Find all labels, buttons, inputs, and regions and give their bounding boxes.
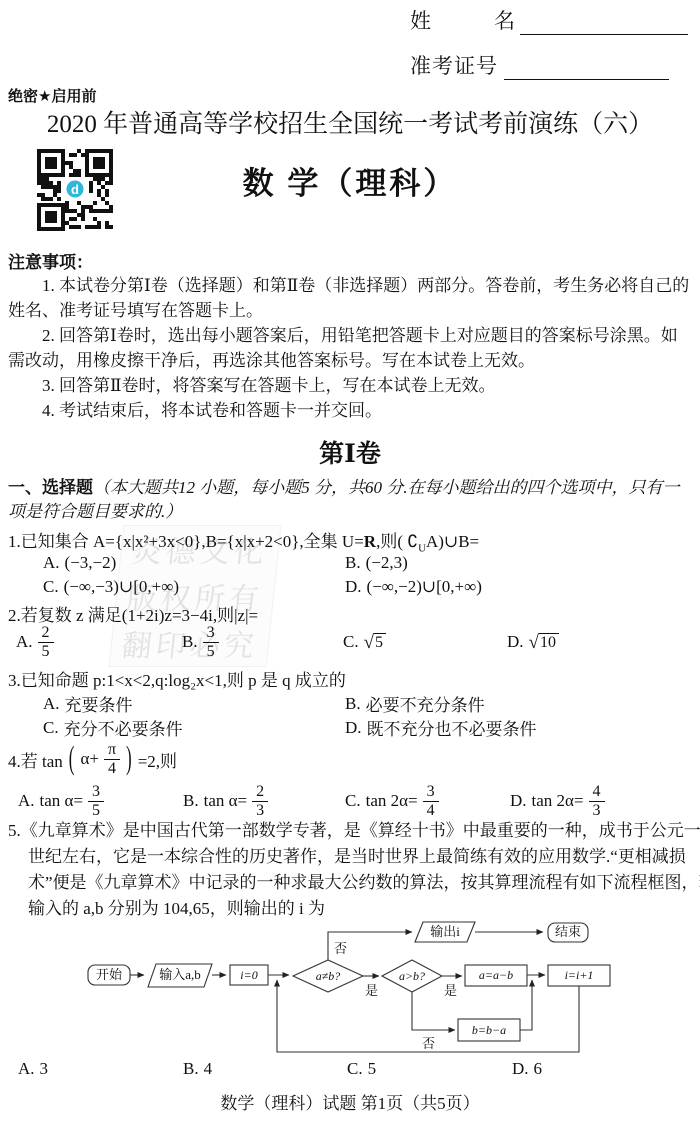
radical-sign: √ [364,633,374,652]
option-label: D. [345,718,362,738]
option-label: A. [18,1059,35,1079]
secrecy-label: 绝密★启用前 [8,85,96,106]
notice-item-2: 2. 回答第Ⅰ卷时，选出每小题答案后，用铅笔把答题卡上对应题目的答案标号涂黑。如… [8,323,694,373]
ticket-label: 准考证号 [410,50,498,80]
fraction-numerator: 3 [423,783,439,802]
ticket-field-row: 准考证号 [410,50,669,80]
question-5-stem: 5.《九章算术》是中国古代第一部数学专著，是《算经十书》中最重要的一种，成书于公… [8,818,700,922]
option-label: B. [183,791,199,811]
name-blank-line [520,10,688,35]
option-label: C. [43,718,59,738]
option-text: (−3,−2) [65,553,117,573]
notice-item-4: 4. 考试结束后，将本试卷和答题卡一并交回。 [8,398,694,423]
option-text: 充要条件 [65,691,133,716]
q2-option-d: D. √10 [507,621,559,663]
fraction-denominator: 3 [252,802,268,820]
fraction-denominator: 5 [88,802,104,820]
section-instruction-text: （本大题共12 小题，每小题5 分，共60 分.在每小题给出的四个选项中，只有一… [8,478,680,521]
q4-stem-pre: 4.若 tan [8,747,63,772]
option-label: D. [510,791,527,811]
fraction: 23 [252,783,268,819]
big-paren-close: ) [125,740,133,778]
option-text: (−∞,−2)∪[0,+∞) [367,577,482,597]
option-text: 6 [534,1059,543,1079]
fraction-numerator: 2 [38,624,54,643]
q5-option-d: D.6 [512,1059,542,1079]
option-text: 3 [40,1059,49,1079]
option-label: D. [512,1059,529,1079]
question-1-stem: 1.已知集合 A={x|x²+3x<0},B={x|x+2<0},全集 U=R,… [8,527,479,554]
name-label-last: 名 [494,5,516,35]
name-field-row: 姓 名 [410,5,688,35]
option-text: tan 2α= [532,791,584,811]
option-label: A. [16,632,33,652]
option-text: 5 [368,1059,377,1079]
flowchart-start-label: 开始 [96,967,123,982]
q4-option-c: C.tan 2α= 34 [345,780,439,822]
option-label: A. [43,694,60,714]
option-label: A. [43,553,60,573]
option-text: (−2,3) [366,553,408,573]
square-root: √10 [529,633,559,652]
fraction-numerator: 2 [252,783,268,802]
option-label: B. [345,553,361,573]
flowchart-init-label: i=0 [240,968,257,982]
page-footer: 数学（理科）试题 第1页（共5页） [0,1089,700,1114]
q2-option-c: C. √5 [343,621,386,663]
option-label: C. [347,1059,363,1079]
q1-option-a: A.(−3,−2) [43,553,116,573]
fraction-numerator: 3 [88,783,104,802]
q3-option-d: D.既不充分也不必要条件 [345,715,537,740]
option-label: B. [182,632,198,652]
option-label: C. [43,577,59,597]
option-label: D. [345,577,362,597]
exam-title: 2020 年普通高等学校招生全国统一考试考前演练（六） [0,104,700,140]
option-text: (−∞,−3)∪[0,+∞) [64,577,179,597]
square-root: √5 [364,633,386,652]
radical-sign: √ [529,633,539,652]
notice-list: 1. 本试卷分第Ⅰ卷（选择题）和第Ⅱ卷（非选择题）两部分。答卷前，考生务必将自己… [8,273,694,423]
option-text: tan α= [204,791,248,811]
fraction: 34 [423,783,439,819]
q1-stem-post: A)∪B= [426,532,479,551]
fraction-denominator: 4 [423,802,439,820]
q2-option-a: A. 25 [16,621,54,663]
option-label: B. [345,694,361,714]
flowchart-assign-a-label: a=a−b [479,968,513,982]
q5-flowchart: 开始 输入a,b i=0 a≠b? a>b? a=a−b i=i+1 输出i 结… [78,917,618,1062]
fraction-denominator: 5 [203,643,219,661]
option-label: B. [183,1059,199,1079]
q3-option-c: C.充分不必要条件 [43,715,183,740]
fraction-denominator: 4 [104,760,120,778]
q4-option-b: B.tan α= 23 [183,780,268,822]
fraction-numerator: 3 [203,624,219,643]
flowchart-no1-label: 否 [334,941,347,956]
flowchart-input-label: 输入a,b [159,967,201,982]
notice-item-1: 1. 本试卷分第Ⅰ卷（选择题）和第Ⅱ卷（非选择题）两部分。答卷前，考生务必将自己… [8,273,694,323]
exam-page: 炎德文化 版权所有 翻印必究 姓 名 准考证号 绝密★启用前 2020 年普通高… [0,0,700,1134]
big-paren-open: ( [68,740,76,778]
flowchart-yes1-label: 是 [365,983,378,998]
q3-option-b: B.必要不充分条件 [345,691,485,716]
fraction: 35 [88,783,104,819]
fraction: 43 [589,783,605,819]
question-3-stem: 3.已知命题 p:1<x<2,q:log₂x<1,则 p 是 q 成立的 [8,666,346,691]
flowchart-output-label: 输出i [430,924,460,939]
name-label-first: 姓 [410,5,432,35]
option-text: 充分不必要条件 [64,715,183,740]
option-text: 既不充分也不必要条件 [367,715,537,740]
flowchart-cond1-label: a≠b? [316,969,341,983]
q4-option-d: D.tan 2α= 43 [510,780,605,822]
flowchart-assign-b-label: b=b−a [472,1023,506,1037]
flowchart-no2-label: 否 [422,1036,435,1051]
flowchart-cond2-label: a>b? [399,969,425,983]
q1-stem-pre: 1.已知集合 A={x|x²+3x<0},B={x|x+2<0},全集 U= [8,532,364,551]
section-title: 第Ⅰ卷 [0,434,700,470]
fraction: 35 [203,624,219,660]
notice-item-3: 3. 回答第Ⅱ卷时，将答案写在答题卡上，写在本试卷上无效。 [8,373,694,398]
question-4-stem: 4.若 tan ( α+ π4 ) =2,则 [8,740,177,778]
fraction: π4 [104,741,120,777]
q1-stem-mid: ,则( ∁ [376,532,418,551]
option-label: D. [507,632,524,652]
fraction-denominator: 5 [38,643,54,661]
q1-option-c: C.(−∞,−3)∪[0,+∞) [43,577,179,597]
flowchart-yes2-label: 是 [444,983,457,998]
option-label: C. [343,632,359,652]
option-label: C. [345,791,361,811]
fraction: 25 [38,624,54,660]
fraction-denominator: 3 [589,802,605,820]
option-text: tan 2α= [366,791,418,811]
q1-option-b: B.(−2,3) [345,553,408,573]
option-text: 必要不充分条件 [366,691,485,716]
fraction-numerator: π [104,741,120,760]
arrow-assign-b-up [520,980,532,1030]
q1-option-d: D.(−∞,−2)∪[0,+∞) [345,577,482,597]
q5-option-b: B.4 [183,1059,212,1079]
q5-option-c: C.5 [347,1059,376,1079]
radicand: 10 [539,633,559,652]
ticket-blank-line [504,55,669,80]
q2-option-b: B. 35 [182,621,219,663]
section-instruction: 一、选择题（本大题共12 小题，每小题5 分，共60 分.在每小题给出的四个选项… [8,476,696,524]
q5-option-a: A.3 [18,1059,48,1079]
radicand: 5 [374,633,386,652]
flowchart-inc-label: i=i+1 [565,968,594,982]
q4-inner: α+ [80,749,99,769]
flowchart-end-label: 结束 [555,924,581,939]
notice-heading: 注意事项： [8,248,93,273]
q1-set-R: R [364,532,376,551]
option-text: 4 [204,1059,213,1079]
section-lead: 一、选择题 [8,478,93,497]
option-text: tan α= [40,791,84,811]
q3-option-a: A.充要条件 [43,691,133,716]
q4-stem-post: =2,则 [138,747,177,772]
option-label: A. [18,791,35,811]
subject-title: 数 学（理科） [0,158,700,203]
q4-option-a: A.tan α= 35 [18,780,104,822]
q1-complement-sub: U [418,542,426,554]
fraction-numerator: 4 [589,783,605,802]
